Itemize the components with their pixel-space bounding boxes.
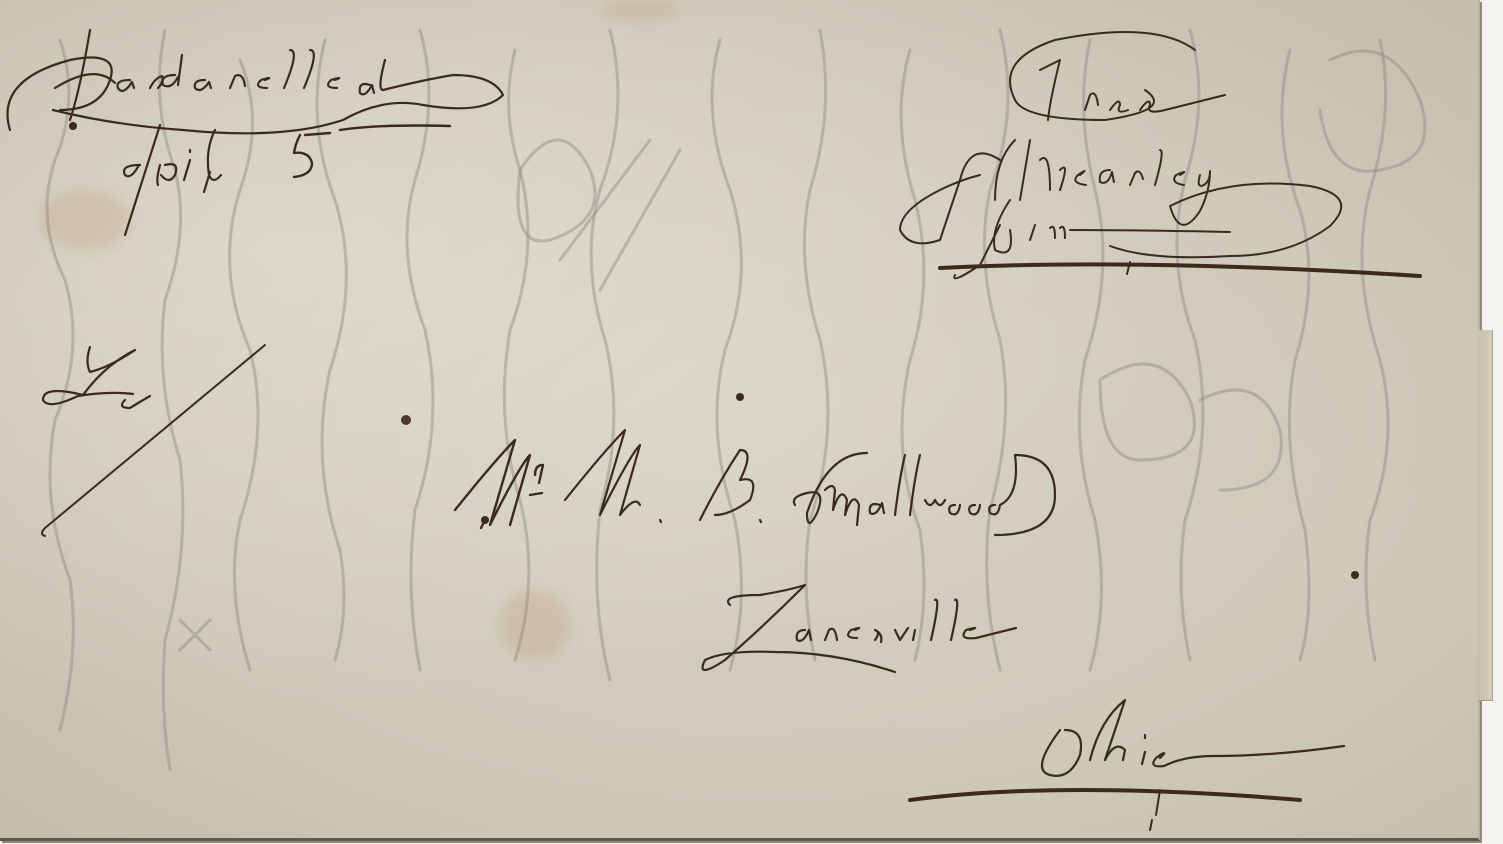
postmark-date	[124, 125, 450, 235]
address-addressee	[455, 430, 1055, 535]
postmark-town	[8, 30, 504, 133]
handwriting-layer	[0, 0, 1503, 844]
address-city	[703, 585, 1017, 672]
rate-marking	[42, 345, 265, 536]
address-state	[910, 700, 1344, 830]
ink-blots	[69, 122, 1359, 579]
frank-free	[1010, 32, 1225, 120]
frank-signature	[900, 140, 1420, 278]
